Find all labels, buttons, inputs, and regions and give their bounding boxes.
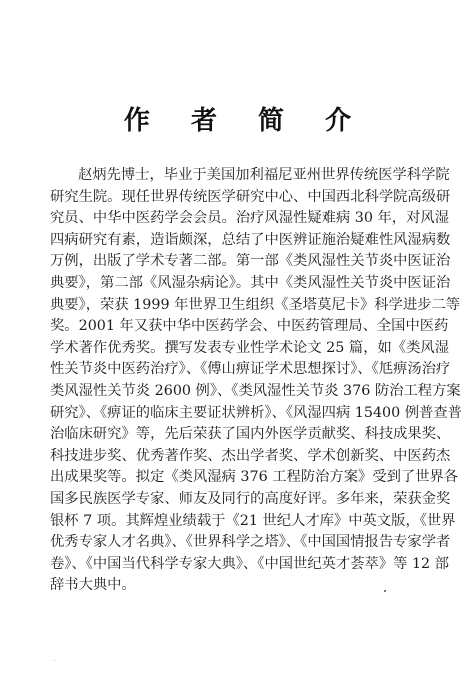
text-line: 奖。2001 年又获中华中医药学会、中医药管理局、全国中医药 xyxy=(50,316,430,338)
text-line: 国多民族医学专家、师友及同行的高度好评。多年来，荣获金奖 xyxy=(50,489,430,511)
text-line: 研究》、《痹证的临床主要证状辨析》、《风湿四病 15400 例普查普 xyxy=(50,403,430,425)
text-line: 出成果奖等。拟定《类风湿病 376 工程防治方案》受到了世界各 xyxy=(50,467,430,489)
scan-speck xyxy=(54,660,55,661)
text-line: 学术著作优秀奖。撰写发表专业性学术论文 25 篇，如《类风湿 xyxy=(50,338,430,360)
text-line: 治临床研究》等，先后荣获了国内外医学贡献奖、科技成果奖、 xyxy=(50,424,430,446)
author-biography-paragraph: 赵炳先博士，毕业于美国加利福尼亚州世界传统医学科学院 研究生院。现任世界传统医学… xyxy=(50,165,430,597)
text-line: 四病研究有素，造诣颇深，总结了中医辨证施治疑难性风湿病数 xyxy=(50,230,430,252)
scan-speck xyxy=(384,590,386,592)
text-line: 赵炳先博士，毕业于美国加利福尼亚州世界传统医学科学院 xyxy=(50,165,430,187)
text-line: 银杯 7 项。其辉煌业绩载于《21 世纪人才库》中英文版，《世界 xyxy=(50,511,430,533)
text-line: 性关节炎中医药治疗》、《傅山痹证学术思想探讨》、《尪痹汤治疗 xyxy=(50,359,430,381)
text-line: 典要》，荣获 1999 年世界卫生组织《圣塔莫尼卡》科学进步二等 xyxy=(50,295,430,317)
text-line: 研究生院。现任世界传统医学研究中心、中国西北科学院高级研 xyxy=(50,187,430,209)
page-title: 作 者 简 介 xyxy=(0,104,475,138)
text-line: 优秀专家人才名典》、《世界科学之塔》、《中国国情报告专家学者 xyxy=(50,532,430,554)
text-line: 类风湿性关节炎 2600 例》、《类风湿性关节炎 376 防治工程方案 xyxy=(50,381,430,403)
text-line: 万例，出版了学术专著二部。第一部《类风湿性关节炎中医证治 xyxy=(50,251,430,273)
text-line: 辞书大典中。 xyxy=(50,575,430,597)
document-page: 作 者 简 介 赵炳先博士，毕业于美国加利福尼亚州世界传统医学科学院 研究生院。… xyxy=(0,0,475,679)
text-line: 典要》，第二部《风湿杂病论》。其中《类风湿性关节炎中医证治 xyxy=(50,273,430,295)
text-line: 究员、中华中医药学会会员。治疗风湿性疑难病 30 年，对风湿 xyxy=(50,208,430,230)
text-line: 科技进步奖、优秀著作奖、杰出学者奖、学术创新奖、中医药杰 xyxy=(50,446,430,468)
text-line: 卷》、《中国当代科学专家大典》、《中国世纪英才荟萃》等 12 部 xyxy=(50,554,430,576)
